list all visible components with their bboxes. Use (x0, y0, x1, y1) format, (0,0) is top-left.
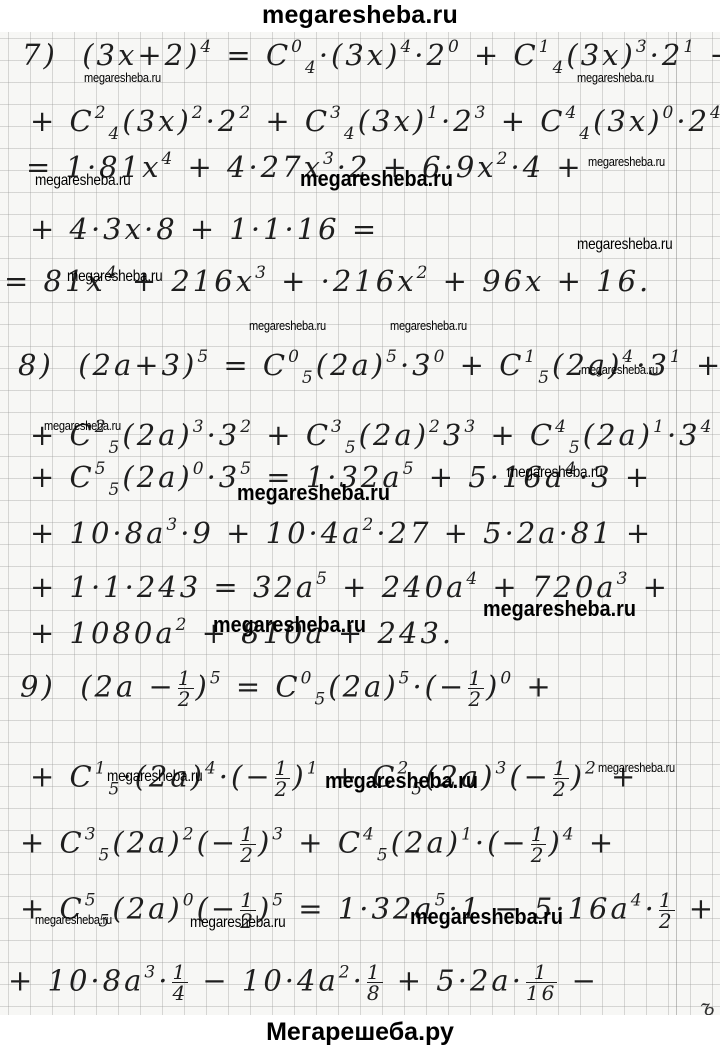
watermark: megaresheba.ru (483, 596, 636, 622)
fraction-one-eighth: 18 (367, 962, 383, 1003)
site-header-text: megaresheba.ru (262, 1, 458, 29)
watermark: megaresheba.ru (84, 70, 161, 85)
watermark: megaresheba.ru (598, 760, 675, 775)
page-margin-line (676, 32, 677, 1015)
watermark: megaresheba.ru (67, 268, 162, 286)
problem-8-line-4: + 10·8a3·9 + 10·4a2·27 + 5·2a·81 + (30, 516, 653, 550)
problem-7-number: 7) (22, 38, 58, 72)
fraction-one-half: 12 (553, 758, 569, 799)
fraction-one-quarter: 14 (172, 962, 188, 1003)
watermark: megaresheba.ru (44, 418, 121, 433)
fraction-one-half: 12 (240, 824, 256, 865)
watermark: megaresheba.ru (410, 904, 563, 930)
watermark: megaresheba.ru (300, 166, 453, 192)
fraction-one-half: 12 (659, 890, 675, 931)
notebook-page: 7) (3x+2)4 = C04·(3x)4·20 + C14(3x)3·21 … (0, 32, 720, 1015)
watermark: megaresheba.ru (237, 480, 390, 506)
problem-7-line-1: 7) (3x+2)4 = C04·(3x)4·20 + C14(3x)3·21 … (22, 38, 720, 72)
problem-9-line-4: + C55(2a)0(−12)5 = 1·32a5·1 − 5·16a4·12 … (20, 890, 716, 931)
fraction-one-sixteenth: 116 (526, 962, 557, 1003)
problem-8-number: 8) (18, 348, 54, 382)
watermark: megaresheba.ru (35, 172, 130, 190)
watermark: megaresheba.ru (35, 912, 112, 927)
watermark: megaresheba.ru (507, 464, 602, 482)
problem-9-line-3: + C35(2a)2(−12)3 + C45(2a)1·(−12)4 + (20, 824, 616, 865)
watermark: megaresheba.ru (249, 318, 326, 333)
fraction-one-half: 12 (531, 824, 547, 865)
site-footer-text: Мегарешеба.ру (266, 1018, 454, 1046)
problem-7-line-2: + C24(3x)2·22 + C34(3x)1·23 + C44(3x)0·2… (30, 104, 720, 138)
site-header: megaresheba.ru (0, 0, 720, 34)
watermark: megaresheba.ru (213, 612, 366, 638)
watermark: megaresheba.ru (107, 768, 202, 786)
watermark: megaresheba.ru (588, 154, 665, 169)
watermark: megaresheba.ru (190, 914, 285, 932)
watermark: megaresheba.ru (581, 362, 658, 377)
watermark: megaresheba.ru (390, 318, 467, 333)
fraction-one-half: 12 (275, 758, 291, 799)
problem-9-line-1: 9) (2a −12)5 = C05(2a)5·(−12)0 + (20, 668, 554, 709)
continuation-mark: ъ (700, 996, 715, 1015)
problem-9-number: 9) (20, 670, 56, 704)
problem-7-line-4: + 4·3x·8 + 1·1·16 = (30, 212, 379, 246)
problem-8-line-2: + C25(2a)3·32 + C35(2a)233 + C45(2a)1·34… (30, 418, 720, 452)
site-footer: Мегарешеба.ру (0, 1015, 720, 1049)
watermark: megaresheba.ru (325, 768, 478, 794)
fraction-one-half: 12 (178, 668, 194, 709)
fraction-one-half: 12 (468, 668, 484, 709)
watermark: megaresheba.ru (577, 236, 672, 254)
problem-9-line-5: + 10·8a3·14 − 10·4a2·18 + 5·2a·116 − (8, 962, 599, 1003)
watermark: megaresheba.ru (577, 70, 654, 85)
